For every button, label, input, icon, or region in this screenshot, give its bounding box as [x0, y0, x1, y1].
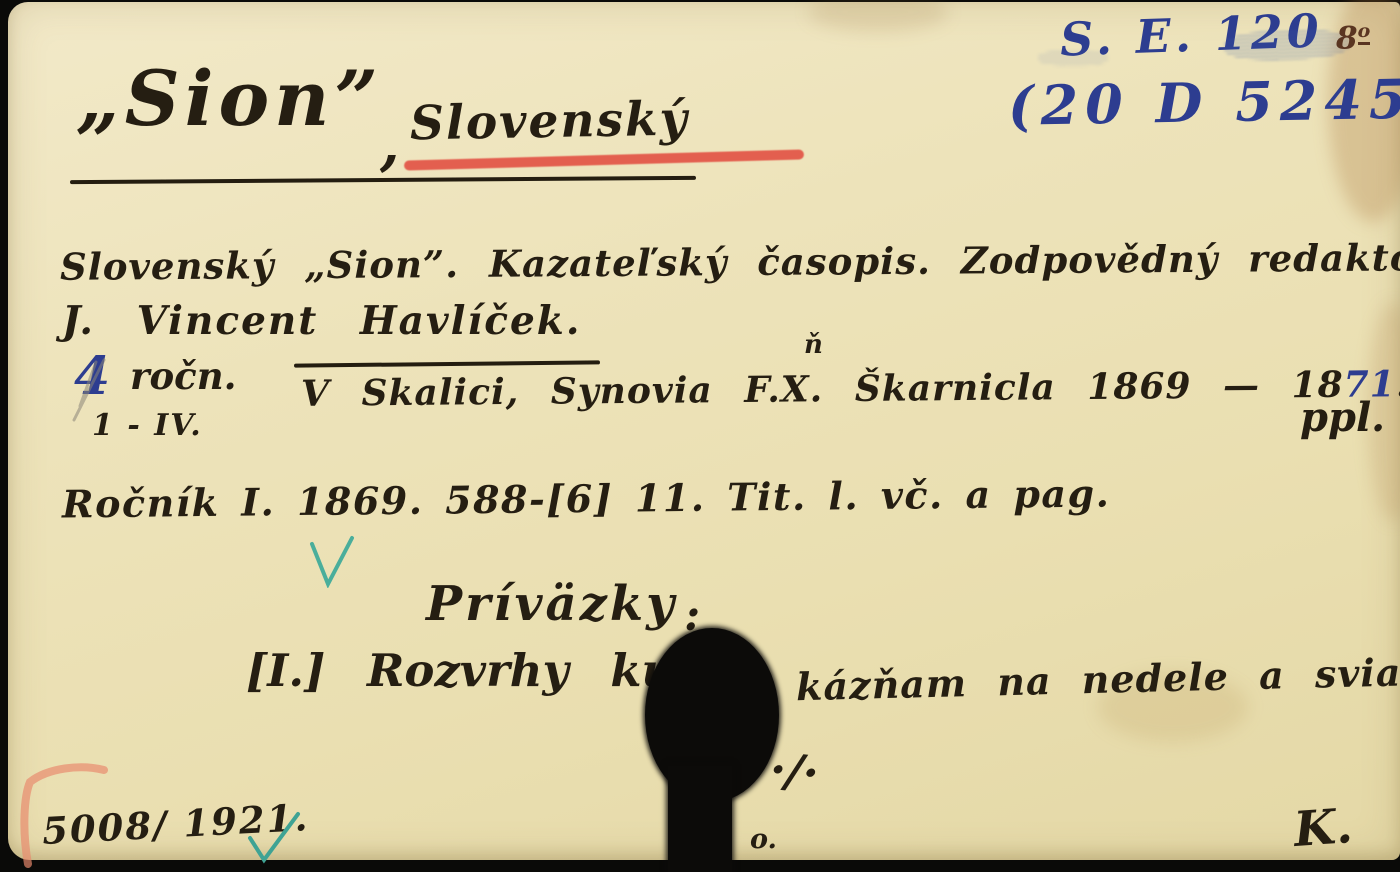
red-underline — [404, 149, 804, 170]
format-mark: 8o — [1336, 20, 1370, 56]
check-mark-icon — [244, 810, 302, 868]
attachments-heading: Príväzky — [426, 576, 677, 632]
imprint-period: . — [1396, 363, 1400, 405]
paper-stain — [808, 0, 948, 32]
blue-ink-smudge — [1224, 28, 1351, 62]
blue-ink-smudge — [1038, 50, 1108, 66]
card-title: „Sion” — [76, 54, 383, 143]
imprint-text: V Skalici, Synovia F.X. Škarnicla 1869 —… — [301, 364, 1344, 415]
attachment-item-suffix: kázňam na nedele a sviatky — [796, 648, 1400, 709]
caron-mark: ň — [804, 330, 823, 360]
volume-range: 1 - IV. — [92, 408, 203, 443]
scanned-catalog-card: „Sion” , Slovenský S. E. 120 8o (20 D 52… — [0, 0, 1400, 872]
cataloguer-initial: K. — [1292, 798, 1354, 858]
format-ordinal: o — [1358, 20, 1371, 45]
check-mark-icon — [308, 534, 356, 592]
title-underline — [70, 176, 696, 184]
provenance-note: ppl. — [1300, 394, 1385, 441]
red-pencil-mark — [14, 760, 114, 868]
description-line-2: J. Vincent Havlíček. — [62, 298, 581, 344]
division-mark: ·/· — [767, 742, 821, 801]
description-line-1: Slovenský „Sion”. Kazateľský časopis. Zo… — [60, 235, 1400, 289]
editor-name-underline — [294, 360, 600, 367]
language-note: Slovenský — [410, 92, 690, 152]
format-number: 8 — [1336, 20, 1358, 56]
attachment-item-prefix: [I.] Rozvrhy ku — [246, 644, 674, 697]
title-comma: , — [380, 112, 400, 178]
imprint-line: V Skalici, Synovia F.X. Škarnicla 1869 —… — [301, 363, 1400, 415]
punch-hole-stem — [668, 766, 732, 872]
volume-label: ročn. — [130, 354, 236, 398]
collation-line: Ročník I. 1869. 588-[6] 11. Tit. l. vč. … — [62, 471, 1111, 527]
call-number: (20 D 5245) — [1007, 66, 1400, 138]
small-o-mark: o. — [750, 824, 777, 855]
